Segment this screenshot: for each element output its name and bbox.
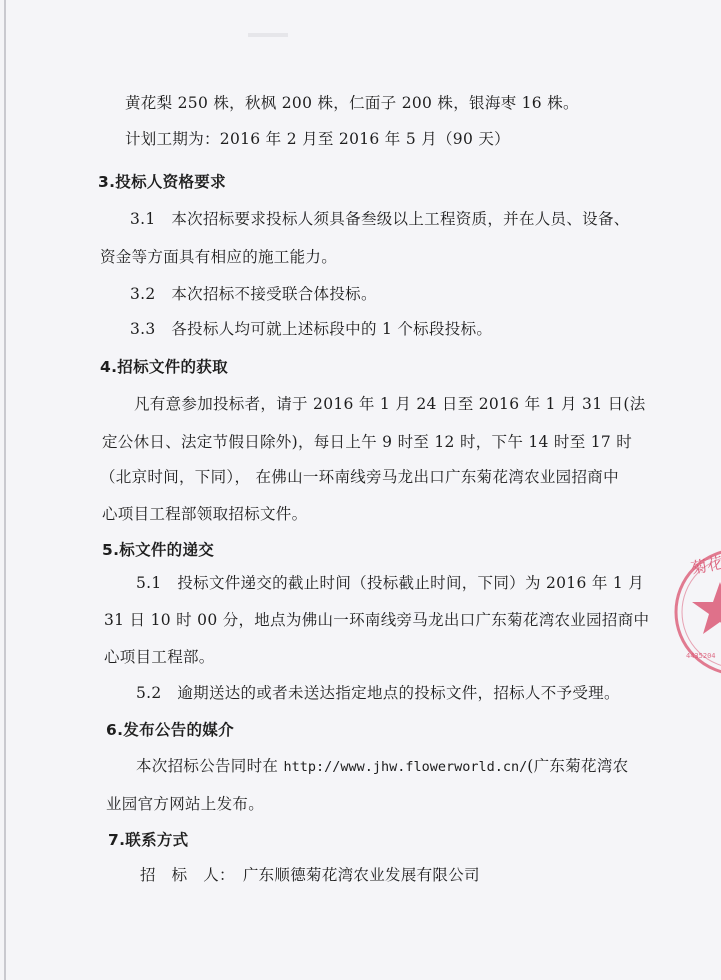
tenderer-value: 广东顺德菊花湾农业发展有限公司 [243,866,480,884]
item-5-1-line2: 31 日 10 时 00 分，地点为佛山一环南线旁马龙出口广东菊花湾农业园招商中 [104,608,649,630]
schedule-line: 计划工期为：2016 年 2 月至 2016 年 5 月（90 天） [125,127,510,149]
item-3-1-line2: 资金等方面具有相应的施工能力。 [100,245,337,267]
svg-text:4435204: 4435204 [686,652,716,660]
item-3-3: 3.3 各投标人均可就上述标段中的 1 个标段投标。 [130,317,492,339]
section-4-para-line1: 凡有意参加投标者，请于 2016 年 1 月 24 日至 2016 年 1 月 … [134,392,646,414]
section-6-suffix: (广东菊花湾农 [527,757,628,775]
section-3-heading: 3.投标人资格要求 [98,170,226,192]
tenderer-label: 招 标 人： [140,866,235,884]
section-4-para-line3: （北京时间，下同）， 在佛山一环南线旁马龙出口广东菊花湾农业园招商中 [100,465,619,487]
section-4-heading: 4.招标文件的获取 [100,355,228,377]
item-5-1-line1: 5.1 投标文件递交的截止时间（投标截止时间，下同）为 2016 年 1 月 [136,571,644,593]
trees-line: 黄花梨 250 株，秋枫 200 株，仁面子 200 株，银海枣 16 株。 [125,91,579,113]
section-6-para-line1: 本次招标公告同时在 http://www.jhw.flowerworld.cn/… [136,754,628,776]
section-5-heading: 5.标文件的递交 [102,538,214,560]
section-4-para-line4: 心项目工程部领取招标文件。 [102,502,307,524]
item-5-1-line3: 心项目工程部。 [104,645,215,667]
section-4-para-line2: 定公休日、法定节假日除外)，每日上午 9 时至 12 时，下午 14 时至 17… [102,430,632,452]
section-6-heading: 6.发布公告的媒介 [106,718,234,740]
section-6-prefix: 本次招标公告同时在 [136,757,283,775]
section-7-heading: 7.联系方式 [108,828,188,850]
company-seal-icon: 菊花湾农 4435204 [672,540,721,690]
svg-text:菊花湾农: 菊花湾农 [689,546,721,578]
document-page: 黄花梨 250 株，秋枫 200 株，仁面子 200 株，银海枣 16 株。 计… [4,0,721,980]
tenderer-row: 招 标 人：广东顺德菊花湾农业发展有限公司 [140,863,480,885]
item-5-2: 5.2 逾期送达的或者未送达指定地点的投标文件，招标人不予受理。 [136,681,620,703]
item-3-2: 3.2 本次招标不接受联合体投标。 [130,282,377,304]
scan-artifact [248,33,288,37]
section-6-para-line2: 业园官方网站上发布。 [106,792,264,814]
item-3-1-line1: 3.1 本次招标要求投标人须具备叁级以上工程资质，并在人员、设备、 [130,207,630,229]
website-link[interactable]: http://www.jhw.flowerworld.cn/ [283,759,527,775]
